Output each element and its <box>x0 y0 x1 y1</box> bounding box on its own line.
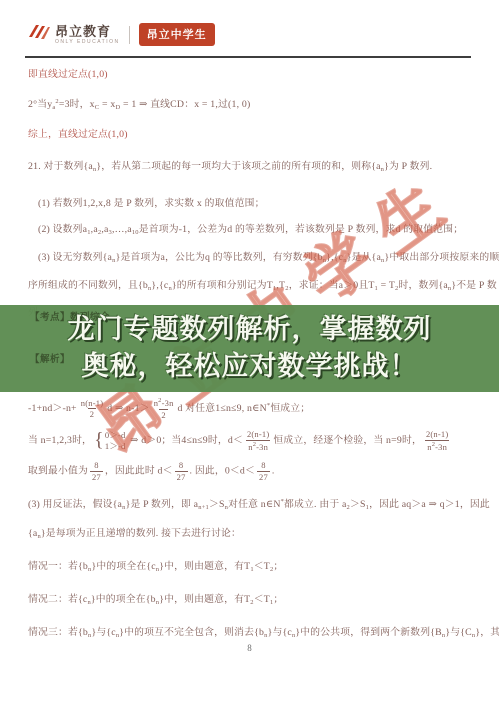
header-divider <box>129 26 130 44</box>
doc-line: 序所组成的不同数列，且{bn},{cn}的所有项和分别记为T1,T2，求证：当a… <box>28 279 481 295</box>
doc-line: (2) 设数列a1,a2,a3,…,a10是首项为-1，公差为d 的等差数列，若… <box>28 223 481 239</box>
doc-line: 取到最小值为827，因此此时 d＜827. 因此，0＜d＜827. <box>28 461 481 481</box>
banner-title-line2: 奥秘，轻松应对数学挑战！ <box>0 348 499 385</box>
cases-brace: {0＞-d1＞-d <box>94 430 125 450</box>
brand-name: 昂立教育 <box>55 25 120 38</box>
fraction: 827 <box>257 461 270 481</box>
banner-title: 龙门专题数列解析，掌握数列 奥秘，轻松应对数学挑战！ <box>0 311 499 385</box>
banner-title-line1: 龙门专题数列解析，掌握数列 <box>0 311 499 348</box>
document-lower-section: -1+nd＞-n+n(n-1)2d ⇒ n-1＞n2-3n2d 对任意1≤n≤9… <box>28 398 481 642</box>
fraction: n(n-1)2 <box>79 399 105 419</box>
doc-line: 21. 对于数列{an}，若从第二项起的每一项均大于该项之前的所有项的和，则称{… <box>28 160 481 176</box>
header-rule <box>25 56 471 58</box>
brand-subtext: ONLY EDUCATION <box>55 40 120 45</box>
doc-line: 情况一：若{bn}中的项全在{cn}中，则由题意，有T1＜T2； <box>28 560 481 576</box>
student-badge: 昂立中学生 <box>139 23 215 46</box>
fraction: 2(n-1)n2-3n <box>424 430 450 451</box>
document-page: 昂立教育 ONLY EDUCATION 昂立中学生 即直线过定点(1,0)2°当… <box>0 0 499 706</box>
doc-line: (1) 若数列1,2,x,8 是 P 数列，求实数 x 的取值范围； <box>28 197 481 210</box>
doc-line: (3) 设无穷数列{an}是首项为a，公比为q 的等比数列，有穷数列{bn},{… <box>28 251 481 267</box>
fraction: 2(n-1)n2-3n <box>245 430 271 451</box>
brand-logo: 昂立教育 ONLY EDUCATION <box>28 22 120 47</box>
fraction: 827 <box>175 461 188 481</box>
fraction: n2-3n2 <box>152 398 176 419</box>
doc-line: 2°当ya2=3时，xC = xD = 1 ⇒ 直线CD：x = 1,过(1, … <box>28 95 481 114</box>
header: 昂立教育 ONLY EDUCATION 昂立中学生 <box>28 22 215 47</box>
doc-line: (3) 用反证法，假设{an}是 P 数列，即 an+1＞Sn对任意 n∈N*都… <box>28 495 481 514</box>
fraction: 827 <box>90 461 103 481</box>
footer: 8 <box>0 638 499 656</box>
doc-line: {an}是每项为正且递增的数列. 接下去进行讨论： <box>28 527 481 543</box>
brand-stripes-icon <box>28 22 50 47</box>
doc-line: 即直线过定点(1,0) <box>28 68 481 81</box>
doc-line: 综上，直线过定点(1,0) <box>28 128 481 141</box>
doc-line: -1+nd＞-n+n(n-1)2d ⇒ n-1＞n2-3n2d 对任意1≤n≤9… <box>28 398 481 419</box>
doc-line: 情况二：若{cn}中的项全在{bn}中，则由题意，有T2＜T1； <box>28 593 481 609</box>
promo-banner: 【考点】数列综合 【解析】 龙门专题数列解析，掌握数列 奥秘，轻松应对数学挑战！ <box>0 305 499 392</box>
page-number: 8 <box>247 643 252 653</box>
document-upper-section: 即直线过定点(1,0)2°当ya2=3时，xC = xD = 1 ⇒ 直线CD：… <box>28 68 481 319</box>
doc-line: 当 n=1,2,3时，{0＞-d1＞-d ⇒ d＞0；当4≤n≤9时，d＜2(n… <box>28 430 481 451</box>
